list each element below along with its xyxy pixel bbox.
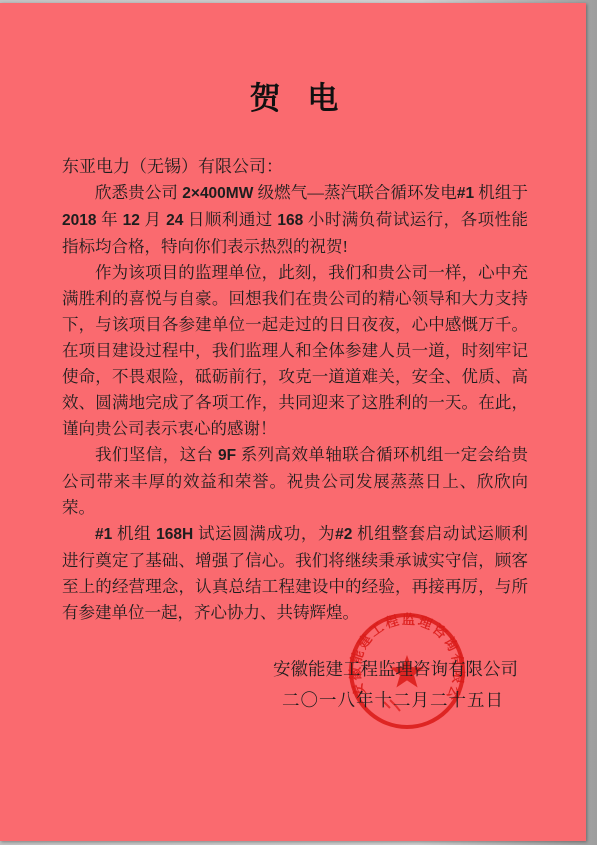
signature-block: 安徽能建工程监理咨询有限公司 二〇一八年十二月二十五日 [62,654,528,716]
paragraph-2: 作为该项目的监理单位，此刻，我们和贵公司一样，心中充满胜利的喜悦与自豪。回想我们… [62,260,528,442]
signature-date: 二〇一八年十二月二十五日 [62,685,528,716]
paragraph-3: 我们坚信，这台 9F 系列高效单轴联合循环机组一定会给贵公司带来丰厚的效益和荣誉… [62,442,528,521]
paragraph-1: 欣悉贵公司 2×400MW 级燃气—蒸汽联合循环发电#1 机组于 2018 年 … [62,180,528,260]
letter-page: 贺 电 东亚电力（无锡）有限公司： 欣悉贵公司 2×400MW 级燃气—蒸汽联合… [0,3,586,841]
signature-company: 安徽能建工程监理咨询有限公司 [62,654,528,685]
letter-title: 贺 电 [62,73,528,118]
letter-content: 贺 电 东亚电力（无锡）有限公司： 欣悉贵公司 2×400MW 级燃气—蒸汽联合… [0,73,586,716]
salutation: 东亚电力（无锡）有限公司： [62,154,528,180]
